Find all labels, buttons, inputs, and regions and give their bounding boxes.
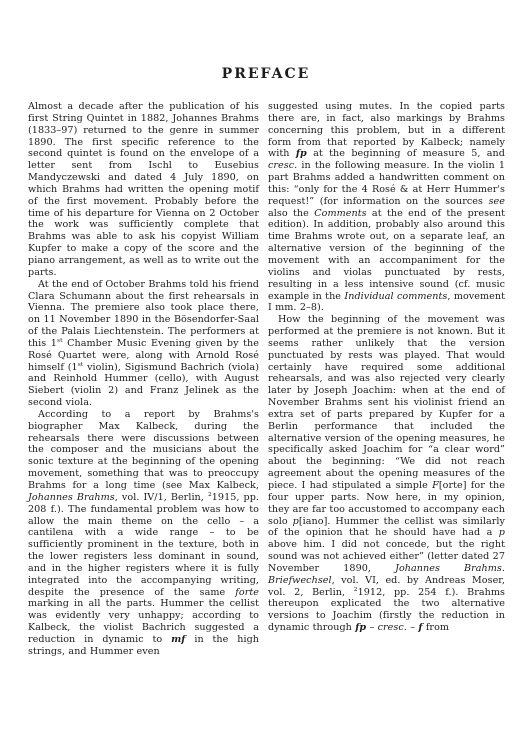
paragraph: Almost a decade after the publication of…	[28, 101, 259, 279]
paragraph: How the beginning of the movement was pe…	[268, 314, 505, 634]
paragraph: suggested using mutes. In the copied par…	[268, 101, 505, 314]
paragraph: At the end of October Brahms told his fr…	[28, 279, 259, 409]
preface-page: PREFACE Almost a decade after the public…	[0, 0, 531, 750]
right-column: suggested using mutes. In the copied par…	[268, 101, 505, 634]
paragraph: According to a report by Brahms's biogra…	[28, 409, 259, 658]
left-column: Almost a decade after the publication of…	[28, 101, 259, 658]
page-title: PREFACE	[28, 66, 504, 82]
